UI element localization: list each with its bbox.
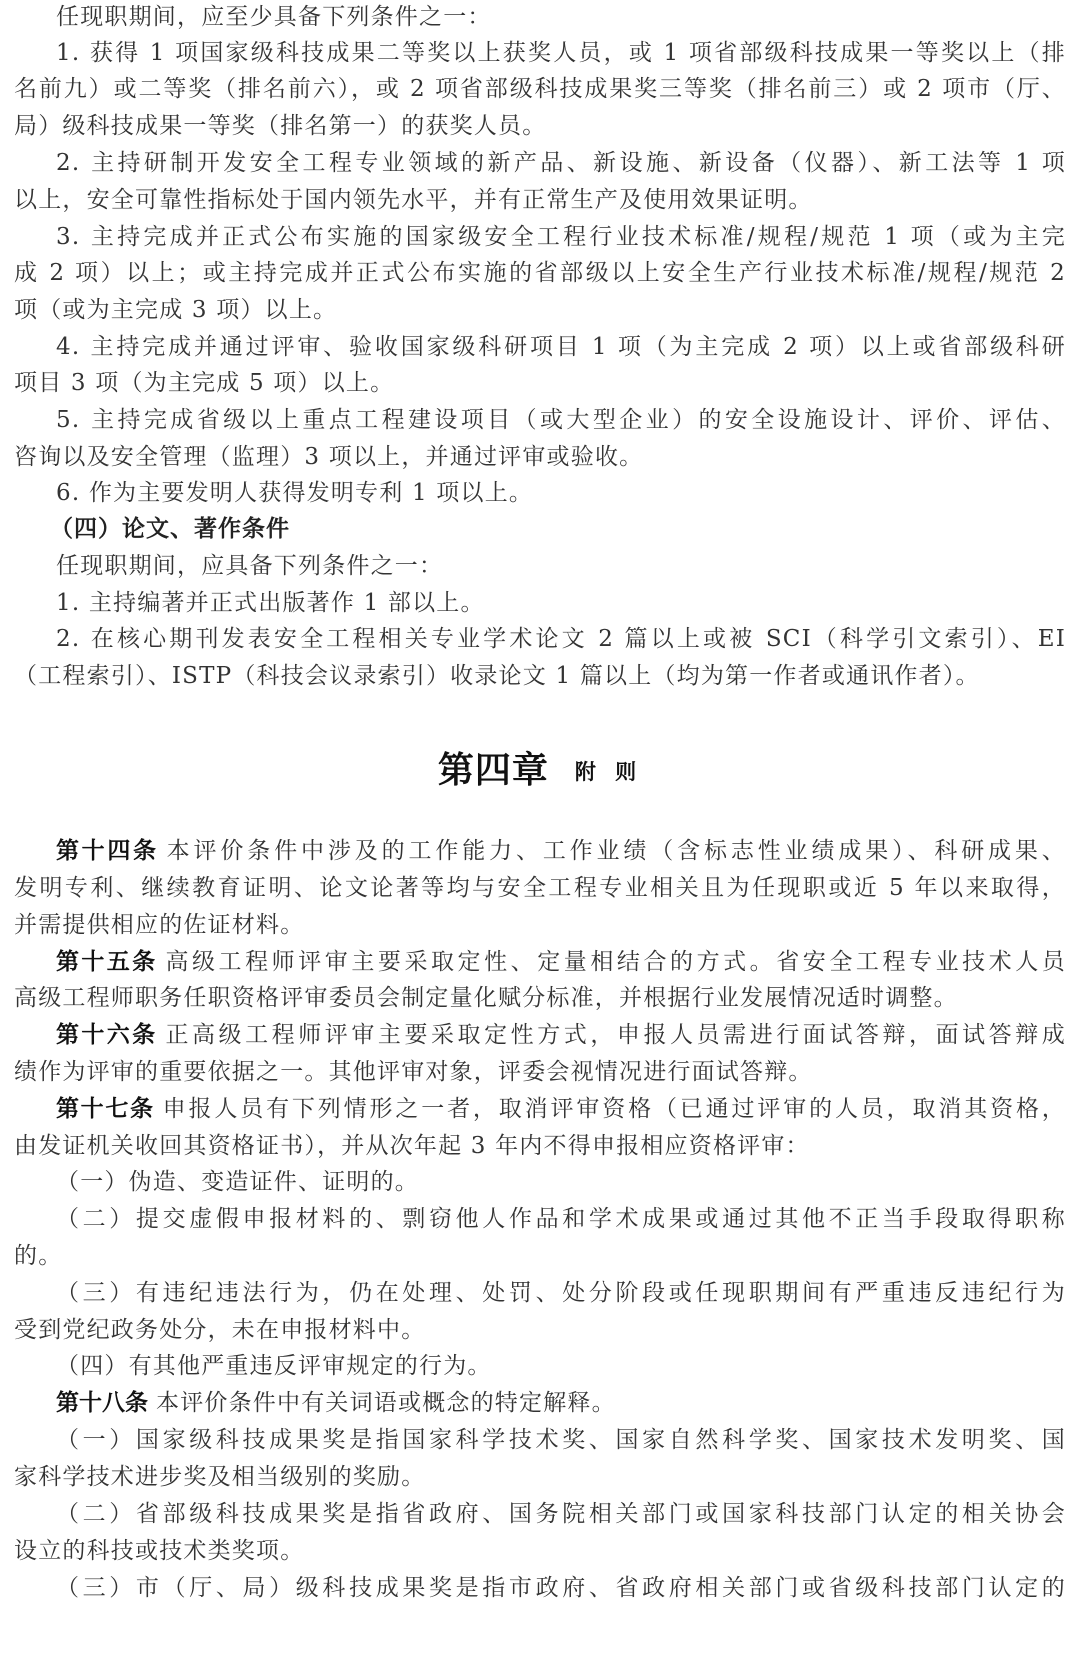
- article-label: 第十七条: [56, 1096, 155, 1122]
- condition-item-3-line-1: 3. 主持完成并正式公布实施的国家级安全工程行业技术标准/规程/规范 1 项（或…: [56, 222, 1066, 252]
- article-label: 第十六条: [56, 1022, 157, 1048]
- chapter-heading: 第四章附 则: [0, 746, 1080, 796]
- article-label: 第十五条: [56, 949, 157, 975]
- article-17-clause-4: （四）有其他严重违反评审规定的行为。: [56, 1351, 1066, 1381]
- publication-item-2-line-2: （工程索引）、ISTP（科技会议录索引）收录论文 1 篇以上（均为第一作者或通讯…: [14, 661, 1066, 691]
- article-17-clause-3-line-1: （三）有违纪违法行为，仍在处理、处罚、处分阶段或任现职期间有严重违反违纪行为: [56, 1278, 1066, 1308]
- condition-item-3-line-3: 项（或为主完成 3 项）以上。: [14, 295, 1066, 325]
- article-17-clause-2-line-2: 的。: [14, 1241, 1066, 1271]
- condition-item-1-line-3: 局）级科技成果一等奖（排名第一）的获奖人员。: [14, 111, 1066, 141]
- article-text: 申报人员有下列情形之一者，取消评审资格（已通过评审的人员，取消其资格，: [163, 1096, 1066, 1122]
- article-17-line-1: 第十七条申报人员有下列情形之一者，取消评审资格（已通过评审的人员，取消其资格，: [56, 1094, 1066, 1124]
- article-15-line-1: 第十五条高级工程师评审主要采取定性、定量相结合的方式。省安全工程专业技术人员: [56, 947, 1066, 977]
- article-17-clause-1: （一）伪造、变造证件、证明的。: [56, 1167, 1066, 1197]
- article-16-line-1: 第十六条正高级工程师评审主要采取定性方式，申报人员需进行面试答辩，面试答辩成: [56, 1020, 1066, 1050]
- section-intro: 任现职期间，应至少具备下列条件之一：: [56, 2, 1066, 32]
- article-18-clause-2-line-2: 设立的科技或技术类奖项。: [14, 1536, 1066, 1566]
- article-label: 第十四条: [56, 838, 159, 864]
- article-18-clause-2-line-1: （二）省部级科技成果奖是指省政府、国务院相关部门或国家科技部门认定的相关协会: [56, 1499, 1066, 1529]
- article-18-clause-1-line-1: （一）国家级科技成果奖是指国家科学技术奖、国家自然科学奖、国家技术发明奖、国: [56, 1425, 1066, 1455]
- article-14-line-2: 发明专利、继续教育证明、论文论著等均与安全工程专业相关且为任现职或近 5 年以来…: [14, 873, 1066, 903]
- section-heading: （四）论文、著作条件: [50, 514, 1060, 544]
- document-page: 任现职期间，应至少具备下列条件之一： 1. 获得 1 项国家级科技成果二等奖以上…: [0, 0, 1080, 1678]
- condition-item-2-line-2: 以上，安全可靠性指标处于国内领先水平，并有正常生产及使用效果证明。: [14, 185, 1066, 215]
- article-14-line-1: 第十四条本评价条件中涉及的工作能力、工作业绩（含标志性业绩成果）、科研成果、: [56, 836, 1066, 866]
- publication-item-2-line-1: 2. 在核心期刊发表安全工程相关专业学术论文 2 篇以上或被 SCI（科学引文索…: [56, 624, 1066, 654]
- article-17-clause-2-line-1: （二）提交虚假申报材料的、剽窃他人作品和学术成果或通过其他不正当手段取得职称: [56, 1204, 1066, 1234]
- article-label: 第十八条: [56, 1390, 148, 1416]
- article-15-line-2: 高级工程师职务任职资格评审委员会制定量化赋分标准，并根据行业发展情况适时调整。: [14, 983, 1066, 1013]
- condition-item-3-line-2: 成 2 项）以上；或主持完成并正式公布实施的省部级以上安全生产行业技术标准/规程…: [14, 258, 1066, 288]
- article-14-line-3: 并需提供相应的佐证材料。: [14, 910, 1066, 940]
- chapter-number: 第四章: [438, 750, 549, 791]
- condition-item-5-line-2: 咨询以及安全管理（监理）3 项以上，并通过评审或验收。: [14, 442, 1066, 472]
- article-text: 高级工程师评审主要采取定性、定量相结合的方式。省安全工程专业技术人员: [165, 949, 1066, 975]
- article-text: 本评价条件中涉及的工作能力、工作业绩（含标志性业绩成果）、科研成果、: [167, 838, 1066, 864]
- article-18-line-1: 第十八条本评价条件中有关词语或概念的特定解释。: [56, 1388, 1066, 1418]
- condition-item-2-line-1: 2. 主持研制开发安全工程专业领域的新产品、新设施、新设备（仪器）、新工法等 1…: [56, 148, 1066, 178]
- article-17-line-2: 由发证机关收回其资格证书），并从次年起 3 年内不得申报相应资格评审：: [14, 1131, 1066, 1161]
- condition-item-4-line-1: 4. 主持完成并通过评审、验收国家级科研项目 1 项（为主完成 2 项）以上或省…: [56, 332, 1066, 362]
- condition-item-1-line-1: 1. 获得 1 项国家级科技成果二等奖以上获奖人员，或 1 项省部级科技成果一等…: [56, 38, 1066, 68]
- publication-item-1-line-1: 1. 主持编著并正式出版著作 1 部以上。: [56, 588, 1066, 618]
- condition-item-4-line-2: 项目 3 项（为主完成 5 项）以上。: [14, 368, 1066, 398]
- condition-item-6-line-1: 6. 作为主要发明人获得发明专利 1 项以上。: [56, 478, 1066, 508]
- article-16-line-2: 绩作为评审的重要依据之一。其他评审对象，评委会视情况进行面试答辩。: [14, 1057, 1066, 1087]
- article-18-clause-3-line-1: （三）市（厅、局）级科技成果奖是指市政府、省政府相关部门或省级科技部门认定的: [56, 1573, 1066, 1603]
- condition-item-1-line-2: 名前九）或二等奖（排名前六），或 2 项省部级科技成果奖三等奖（排名前三）或 2…: [14, 74, 1066, 104]
- article-18-clause-1-line-2: 家科学技术进步奖及相当级别的奖励。: [14, 1462, 1066, 1492]
- chapter-title: 附 则: [575, 760, 642, 784]
- section-intro: 任现职期间，应具备下列条件之一：: [56, 551, 1066, 581]
- article-text: 正高级工程师评审主要采取定性方式，申报人员需进行面试答辩，面试答辩成: [165, 1022, 1066, 1048]
- article-text: 本评价条件中有关词语或概念的特定解释。: [156, 1390, 616, 1416]
- article-17-clause-3-line-2: 受到党纪政务处分，未在申报材料中。: [14, 1315, 1066, 1345]
- condition-item-5-line-1: 5. 主持完成省级以上重点工程建设项目（或大型企业）的安全设施设计、评价、评估、: [56, 405, 1066, 435]
